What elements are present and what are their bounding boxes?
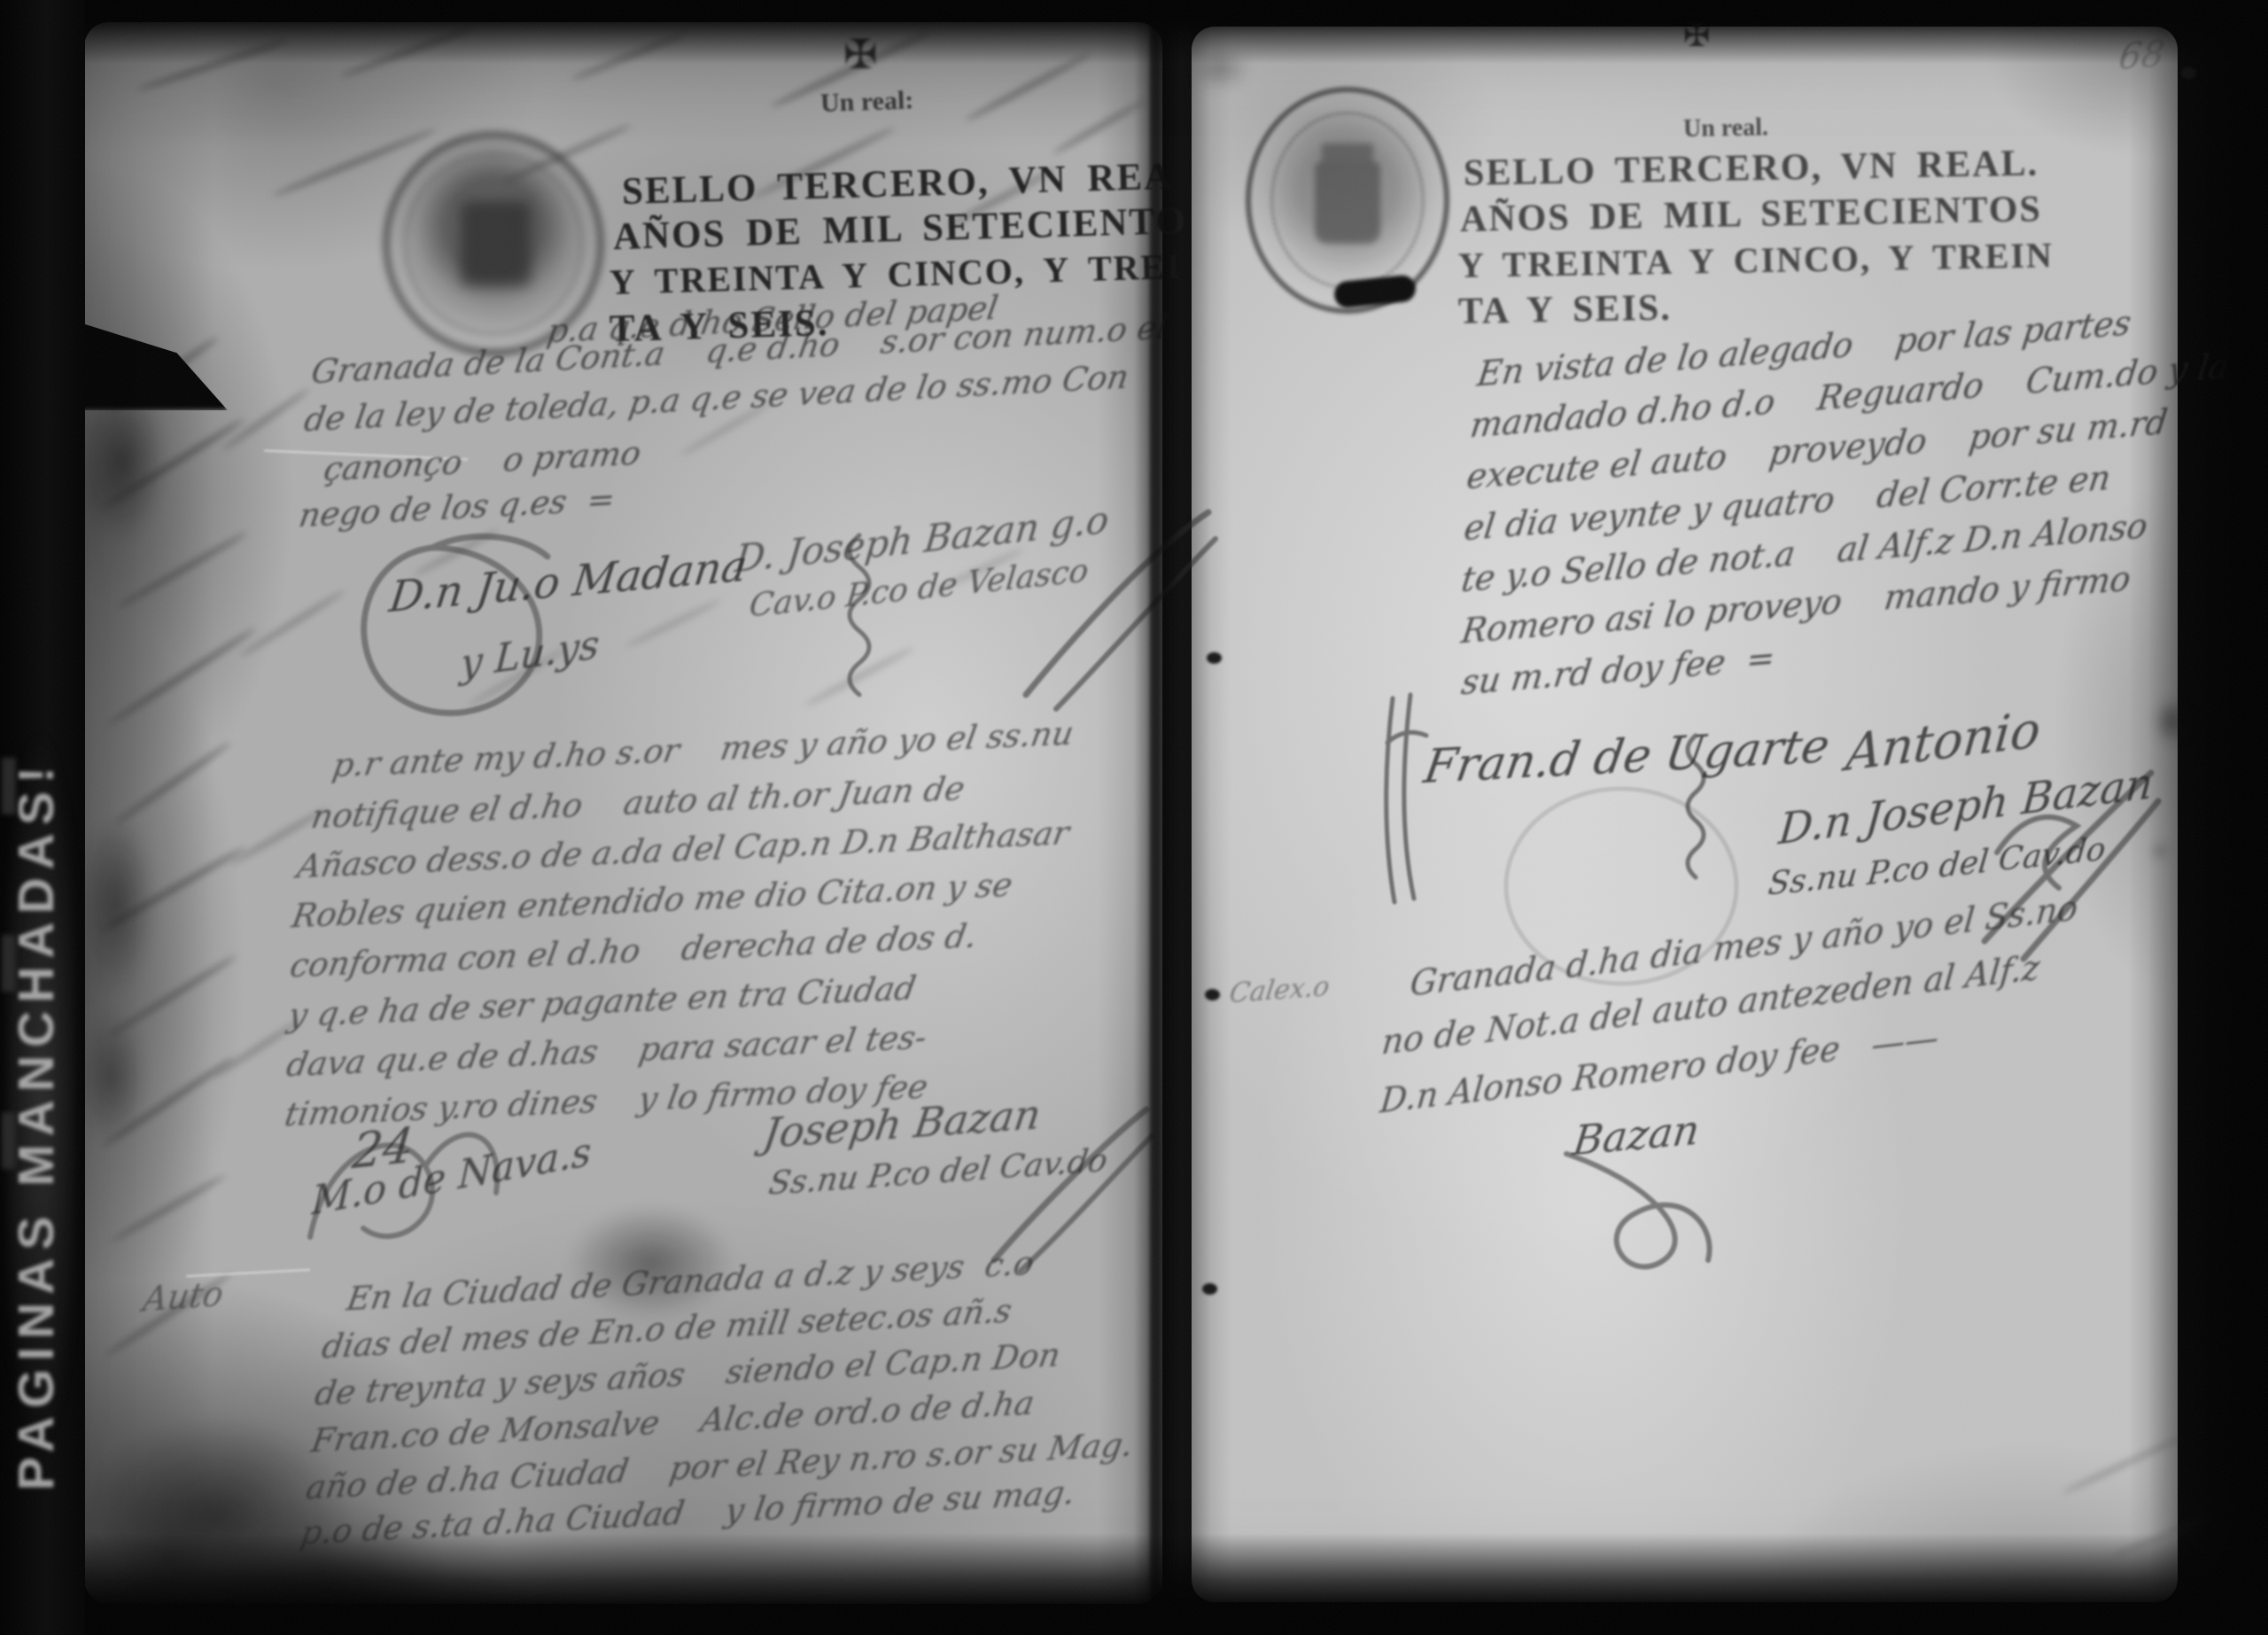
- microfilm-frame: PAGINAS MANCHADAS! 68✠Un real:SELLO TERC…: [0, 0, 2268, 1635]
- right-stamp-text: TA Y SEIS.: [1458, 287, 1673, 333]
- film-edge-mark: [2, 1112, 16, 1169]
- left-denomination: Un real:: [819, 85, 913, 119]
- stain: [76, 815, 156, 993]
- left-margin-note: Auto: [141, 1273, 226, 1319]
- folio-number: 68: [2117, 34, 2167, 78]
- stain: [2153, 697, 2192, 746]
- film-edge-label: PAGINAS MANCHADAS!: [7, 702, 80, 1491]
- signature-flourish-d: [326, 521, 592, 725]
- gutter-line: [1150, 21, 1161, 1608]
- left-cross-icon: ✠: [843, 30, 878, 78]
- book-gutter-shadow: [1134, 18, 1210, 1608]
- right-denomination: Un real.: [1683, 113, 1768, 144]
- stain: [76, 1010, 147, 1143]
- signature-strokes-ugarte: [1375, 689, 1432, 911]
- film-edge-mark: [2, 935, 16, 992]
- stain: [84, 1555, 527, 1635]
- film-edge-mark: [2, 758, 16, 814]
- royal-seal-stamp-right: [1246, 87, 1449, 314]
- right-cross-icon: ✠: [1683, 18, 1710, 54]
- film-edge-strip: PAGINAS MANCHADAS!: [0, 0, 85, 1635]
- punch-hole-dot: [2181, 67, 2196, 79]
